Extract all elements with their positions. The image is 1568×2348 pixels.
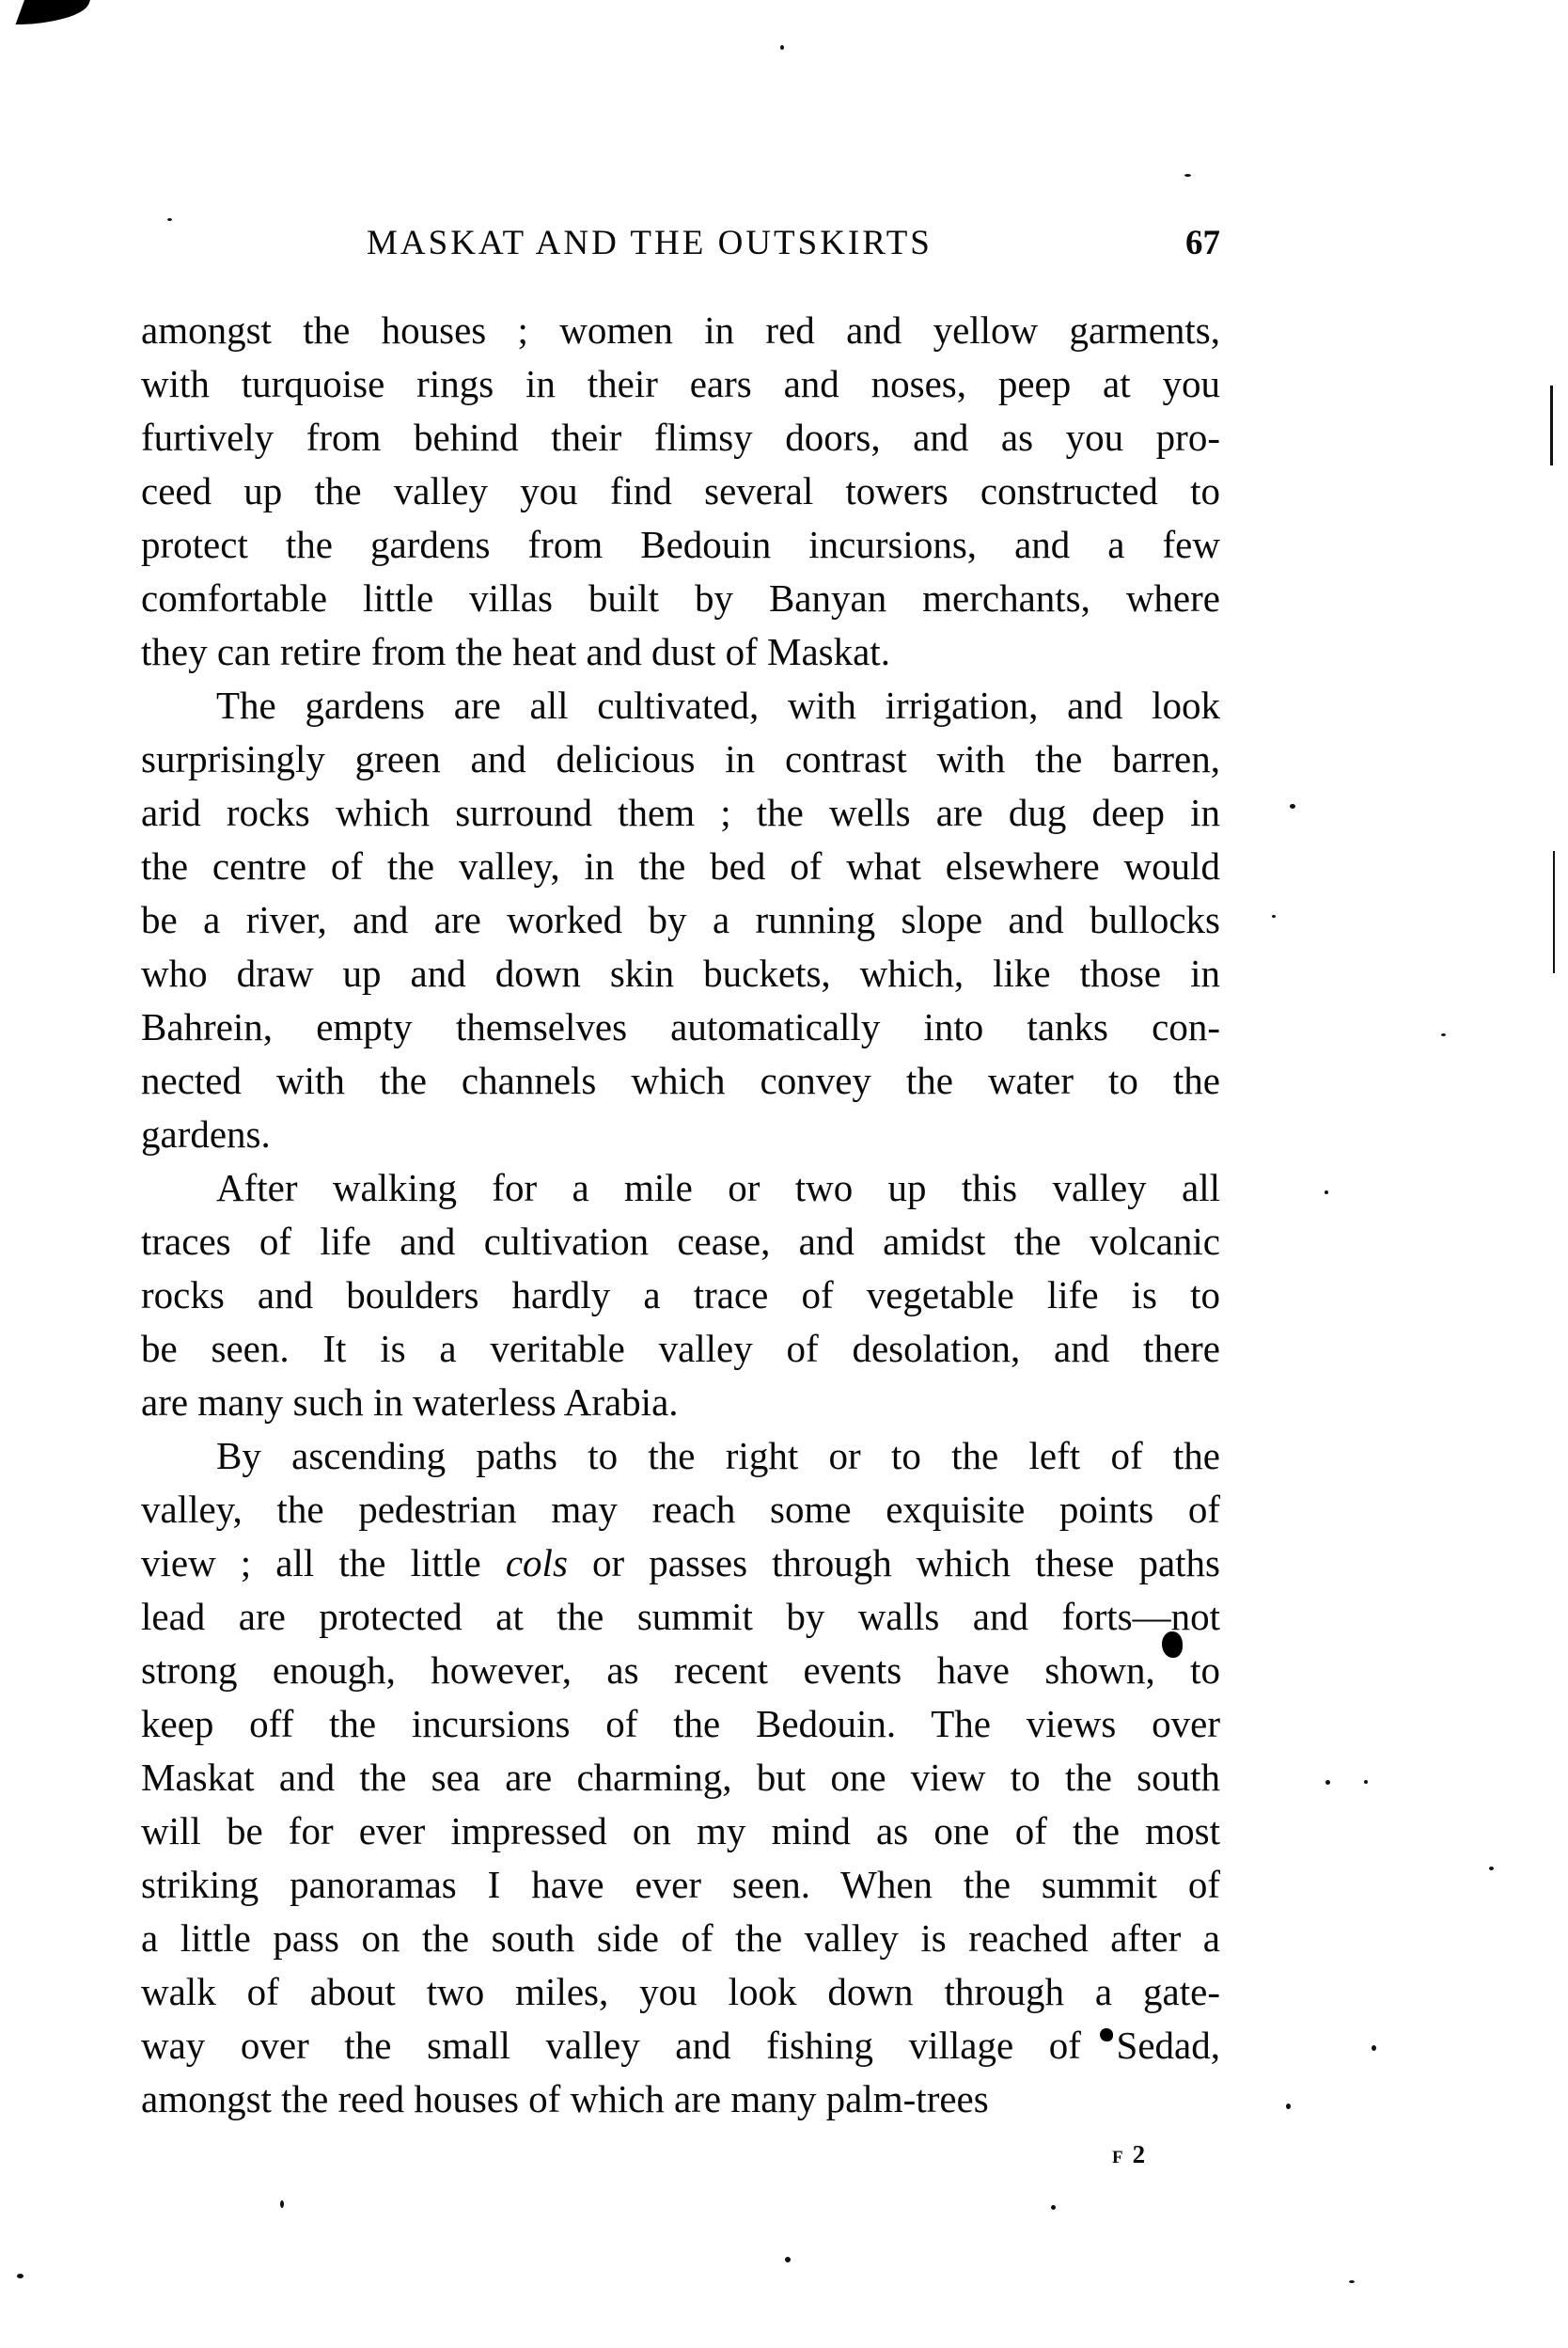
text-line: By ascending paths to the right or to th… — [141, 1429, 1220, 1483]
text-line: they can retire from the heat and dust o… — [141, 625, 1220, 679]
italic-term: cols — [506, 1541, 568, 1584]
speck — [280, 2200, 284, 2208]
body-text: amongst the houses ; women in red and ye… — [141, 304, 1220, 2126]
page-number: 67 — [1185, 223, 1220, 264]
speck — [1325, 1190, 1328, 1194]
text-line: walk of about two miles, you look down t… — [141, 1965, 1220, 2019]
text-line: will be for ever impressed on my mind as… — [141, 1804, 1220, 1858]
speck — [1364, 1780, 1368, 1784]
speck — [1051, 2205, 1056, 2210]
text-line: striking panoramas I have ever seen. Whe… — [141, 1858, 1220, 1912]
text-line: The gardens are all cultivated, with irr… — [141, 679, 1220, 733]
speck — [1325, 1780, 1330, 1785]
text-line: Bahrein, empty themselves automatically … — [141, 1001, 1220, 1054]
speck — [1272, 915, 1276, 918]
printer-signature-mark: F2 — [1112, 2140, 1147, 2169]
speck — [1489, 1867, 1494, 1870]
speck — [17, 2274, 24, 2278]
text-line: way over the small valley and fishing vi… — [141, 2019, 1220, 2072]
text-line: be a river, and are worked by a running … — [141, 893, 1220, 947]
speck — [785, 2257, 791, 2262]
text-line: a little pass on the south side of the v… — [141, 1912, 1220, 1965]
paragraph: The gardens are all cultivated, with irr… — [141, 679, 1220, 1161]
text-line: amongst the houses ; women in red and ye… — [141, 304, 1220, 357]
text-line: furtively from behind their flimsy doors… — [141, 411, 1220, 465]
speck — [780, 45, 784, 50]
speck — [1349, 2280, 1355, 2283]
speck — [1372, 2045, 1376, 2051]
text-line: After walking for a mile or two up this … — [141, 1161, 1220, 1215]
signature-letter: F — [1112, 2148, 1125, 2167]
text-line: traces of life and cultivation cease, an… — [141, 1215, 1220, 1269]
text-line: who draw up and down skin buckets, which… — [141, 947, 1220, 1001]
text-line: the centre of the valley, in the bed of … — [141, 840, 1220, 893]
running-head: MASKAT AND THE OUTSKIRTS 67 — [141, 223, 1220, 264]
text-line: rocks and boulders hardly a trace of veg… — [141, 1269, 1220, 1322]
paragraph: amongst the houses ; women in red and ye… — [141, 304, 1220, 679]
text-line: valley, the pedestrian may reach some ex… — [141, 1483, 1220, 1536]
text-line: ceed up the valley you find several towe… — [141, 465, 1220, 518]
text-line: are many such in waterless Arabia. — [141, 1376, 1220, 1429]
speck — [1290, 804, 1295, 809]
scan-corner-mark — [16, 0, 90, 24]
text-line: gardens. — [141, 1108, 1220, 1161]
text-line: amongst the reed houses of which are man… — [141, 2072, 1220, 2126]
text-line: nected with the channels which convey th… — [141, 1054, 1220, 1108]
paragraph: By ascending paths to the right or to th… — [141, 1429, 1220, 2126]
text-line: arid rocks which surround them ; the wel… — [141, 786, 1220, 840]
ink-blot — [1100, 2028, 1113, 2041]
text-line: strong enough, however, as recent events… — [141, 1644, 1220, 1697]
speck — [1286, 2104, 1291, 2109]
text-line: view ; all the little cols or passes thr… — [141, 1536, 1220, 1590]
text-line: Maskat and the sea are charming, but one… — [141, 1751, 1220, 1804]
text-line: lead are protected at the summit by wall… — [141, 1590, 1220, 1644]
text-line: with turquoise rings in their ears and n… — [141, 357, 1220, 411]
text-line: be seen. It is a veritable valley of des… — [141, 1322, 1220, 1376]
scan-artifact-line — [1553, 851, 1555, 973]
text-line: comfortable little villas built by Banya… — [141, 572, 1220, 625]
scan-artifact-line — [1550, 386, 1553, 465]
speck — [167, 218, 172, 221]
running-title: MASKAT AND THE OUTSKIRTS — [367, 223, 933, 264]
speck — [1184, 174, 1191, 177]
signature-number: 2 — [1133, 2140, 1148, 2168]
text-line: keep off the incursions of the Bedouin. … — [141, 1697, 1220, 1751]
text-line: surprisingly green and delicious in cont… — [141, 733, 1220, 786]
text-line: protect the gardens from Bedouin incursi… — [141, 518, 1220, 572]
speck — [1441, 1033, 1446, 1036]
ink-blot — [1162, 1631, 1183, 1658]
paragraph: After walking for a mile or two up this … — [141, 1161, 1220, 1429]
